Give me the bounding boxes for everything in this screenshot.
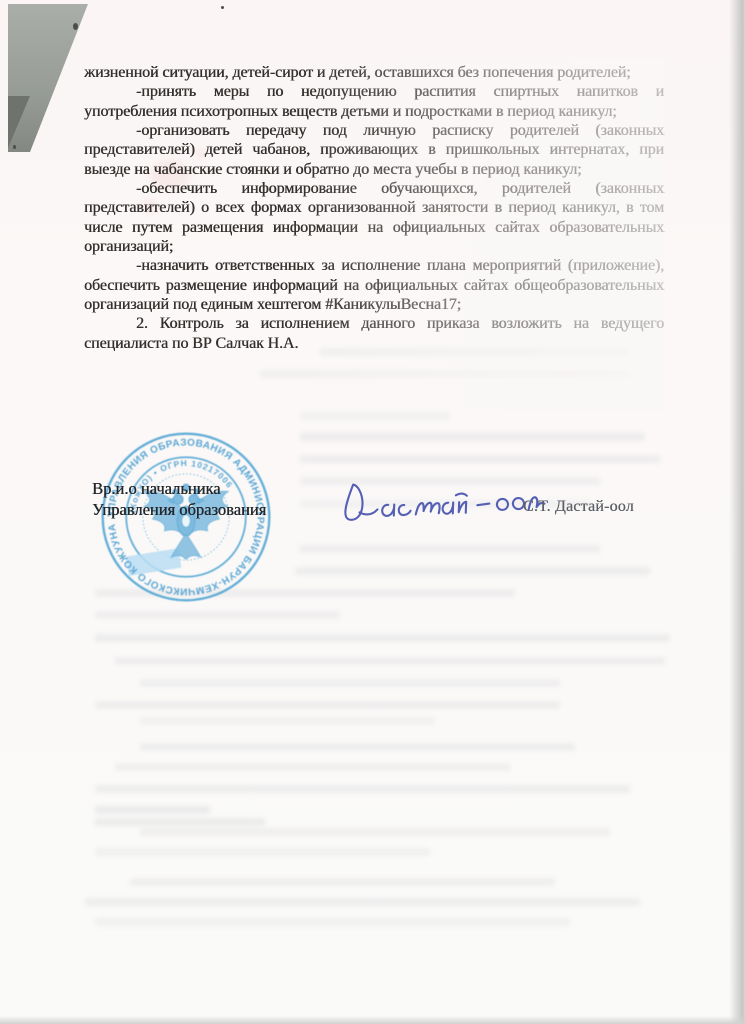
bleed-through-line: [95, 918, 570, 926]
scanner-speck: [221, 6, 224, 9]
paragraph: жизненной ситуации, детей-сирот и детей,…: [84, 63, 664, 82]
handwritten-signature: Дастай - оол: [336, 468, 550, 530]
bleed-through-line: [140, 828, 610, 836]
bleed-through-line: [295, 567, 650, 575]
bleed-through-line: [140, 743, 575, 751]
scanned-page: жизненной ситуации, детей-сирот и детей,…: [0, 0, 745, 1024]
scanner-edge-right: [729, 0, 745, 1024]
bleed-through-line: [85, 898, 640, 906]
signatory-typed-name: С.Т. Дастай-оол: [523, 498, 634, 516]
signatory-role-line1: Вр.и.о начальника: [92, 479, 220, 499]
scanner-edge-bottom: [0, 1016, 745, 1024]
bleed-through-line: [95, 785, 630, 793]
bleed-through-line: [95, 701, 560, 709]
paragraph: -назначить ответственных за исполнение п…: [84, 256, 664, 314]
paragraph-control: 2. Контроль за исполнением данного прика…: [84, 314, 664, 353]
bleed-through-line: [115, 657, 665, 665]
bleed-through-line: [300, 433, 645, 441]
document-body: жизненной ситуации, детей-сирот и детей,…: [84, 63, 664, 353]
bleed-through-line: [95, 848, 430, 856]
bleed-through-line: [300, 412, 450, 420]
bleed-through-line: [260, 370, 630, 378]
bleed-through-line: [115, 763, 510, 771]
bleed-through-line: [95, 806, 210, 814]
bleed-through-line: [140, 679, 560, 687]
bleed-through-line: [300, 545, 600, 553]
bleed-through-line: [130, 878, 555, 886]
bleed-through-line: [140, 717, 435, 725]
paragraph: -принять меры по недопущению распития сп…: [84, 82, 664, 121]
bleed-through-line: [95, 634, 670, 642]
paragraph: -обеспечить информирование обучающихся, …: [84, 179, 664, 256]
bleed-through-line: [300, 455, 660, 463]
signatory-role-line2: Управления образования: [92, 500, 266, 520]
bleed-through-line: [95, 818, 265, 826]
scanner-speck: [73, 23, 78, 30]
scanner-speck: [13, 145, 16, 149]
paragraph: -организовать передачу под личную распис…: [84, 121, 664, 179]
